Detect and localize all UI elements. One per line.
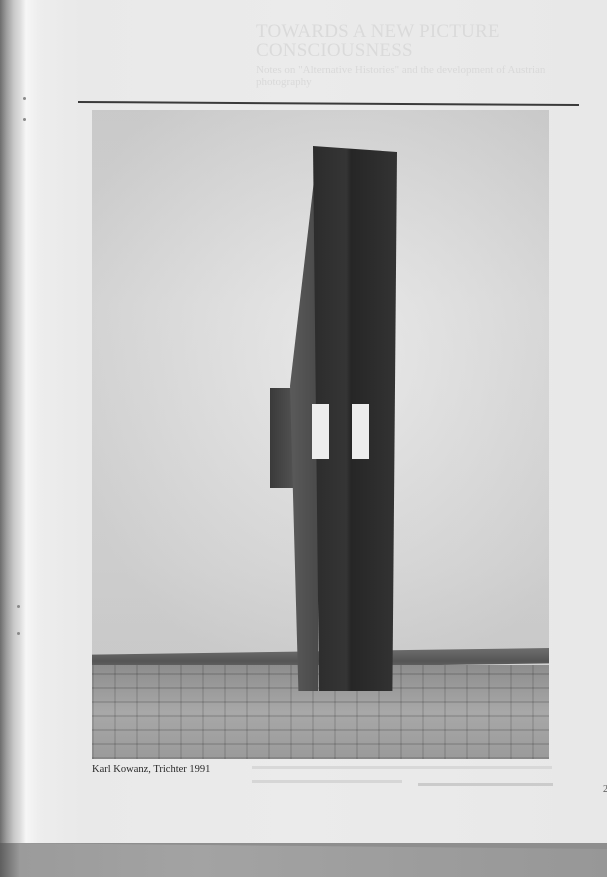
header-rule: [78, 101, 579, 106]
bleed-title-line-1: TOWARDS A NEW PICTURE: [256, 22, 500, 41]
binding-hole: [17, 632, 20, 635]
binding-hole: [23, 97, 26, 100]
binding-hole: [17, 605, 20, 608]
binding-hole: [23, 118, 26, 121]
bleed-through-subtitle: Notes on "Alternative Histories" and the…: [256, 64, 586, 88]
bleed-through-line: [252, 766, 552, 769]
sculpture-opening-right: [352, 404, 369, 459]
sculpture-opening-left: [312, 404, 329, 459]
bleed-through-line: [252, 780, 402, 783]
sculpture-photo: [92, 110, 549, 759]
figure-caption: Karl Kowanz, Trichter 1991: [92, 764, 210, 775]
bleed-title-line-2: CONSCIOUSNESS: [256, 41, 500, 60]
bleed-through-line: [418, 783, 553, 786]
bleed-through-title: TOWARDS A NEW PICTURE CONSCIOUSNESS: [256, 22, 500, 60]
book-page: TOWARDS A NEW PICTURE CONSCIOUSNESS Note…: [0, 0, 607, 843]
scanner-edge: [0, 843, 607, 877]
page-number: 2: [603, 784, 607, 795]
